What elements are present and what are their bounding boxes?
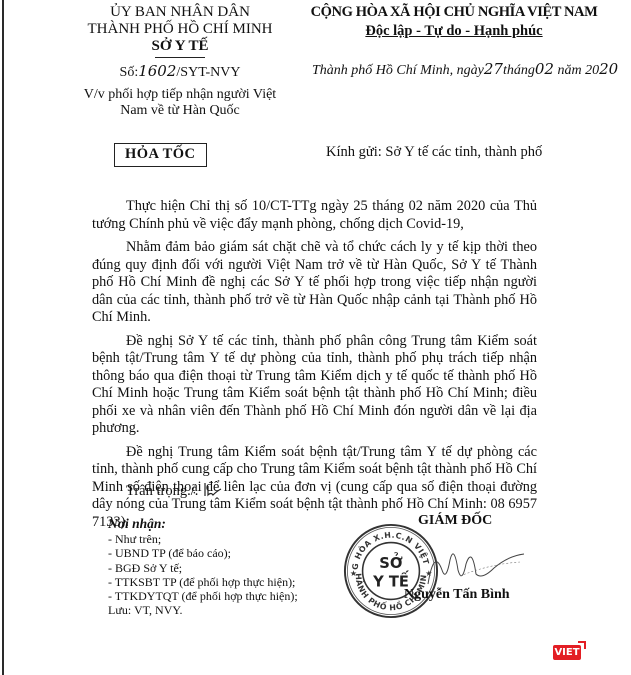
national-header: CỘNG HÒA XÃ HỘI CHỦ NGHĨA VIỆT NAM Độc l… xyxy=(304,4,604,40)
nation-title: CỘNG HÒA XÃ HỘI CHỦ NGHĨA VIỆT NAM xyxy=(304,4,604,21)
body-paragraph: Thực hiện Chỉ thị số 10/CT-TTg ngày 25 t… xyxy=(92,198,537,233)
closing: Trân trọng./. xyxy=(126,482,222,500)
recipient-item: - Như trên; xyxy=(108,532,298,546)
recipient-item: - UBND TP (để báo cáo); xyxy=(108,546,298,560)
department-name: SỞ Y TẾ xyxy=(60,38,300,55)
viet-logo-corner-mark xyxy=(578,641,586,649)
subject: V/v phối hợp tiếp nhận người Việt Nam về… xyxy=(60,87,300,119)
addressee: Kính gửi: Sở Y tế các tỉnh, thành phố xyxy=(326,144,542,161)
document-number: Số:1602/SYT-NVY xyxy=(60,63,300,81)
body-paragraph: Nhằm đảm bảo giám sát chặt chẽ và tổ chứ… xyxy=(92,239,537,327)
page-edge-shadow xyxy=(2,0,4,675)
national-motto: Độc lập - Tự do - Hạnh phúc xyxy=(304,23,604,40)
svg-text:SỞ: SỞ xyxy=(379,553,403,572)
urgency-box: HỎA TỐC xyxy=(114,143,207,167)
handwritten-month: 02 xyxy=(535,60,554,78)
handwritten-year: 20 xyxy=(599,60,618,78)
svg-text:★: ★ xyxy=(350,569,357,578)
issuer-header: ỦY BAN NHÂN DÂN THÀNH PHỐ HỒ CHÍ MINH SỞ… xyxy=(60,4,300,119)
handwritten-day: 27 xyxy=(484,60,503,78)
recipient-item: - TTKDYTQT (để phối hợp thực hiện); xyxy=(108,589,298,603)
handwritten-signature-icon xyxy=(420,540,530,590)
recipients-title: Nơi nhận: xyxy=(108,517,298,531)
recipient-item: Lưu: VT, NVY. xyxy=(108,603,298,617)
body-paragraph: Đề nghị Sở Y tế các tỉnh, thành phố phân… xyxy=(92,333,537,438)
header-divider xyxy=(155,57,205,58)
initial-signature-icon xyxy=(202,482,222,498)
org-line-1: ỦY BAN NHÂN DÂN xyxy=(60,4,300,21)
recipients-list: Nơi nhận: - Như trên; - UBND TP (để báo … xyxy=(108,517,298,617)
org-line-2: THÀNH PHỐ HỒ CHÍ MINH xyxy=(60,21,300,38)
recipient-item: - BGĐ Sở Y tế; xyxy=(108,561,298,575)
signer-name: Nguyễn Tấn Bình xyxy=(404,587,510,603)
recipient-item: - TTKSBT TP (để phối hợp thực hiện); xyxy=(108,575,298,589)
document-date: Thành phố Hồ Chí Minh, ngày27tháng02 năm… xyxy=(312,60,618,79)
viet-watermark-logo: VIET xyxy=(553,645,581,660)
handwritten-number: 1602 xyxy=(138,62,176,80)
